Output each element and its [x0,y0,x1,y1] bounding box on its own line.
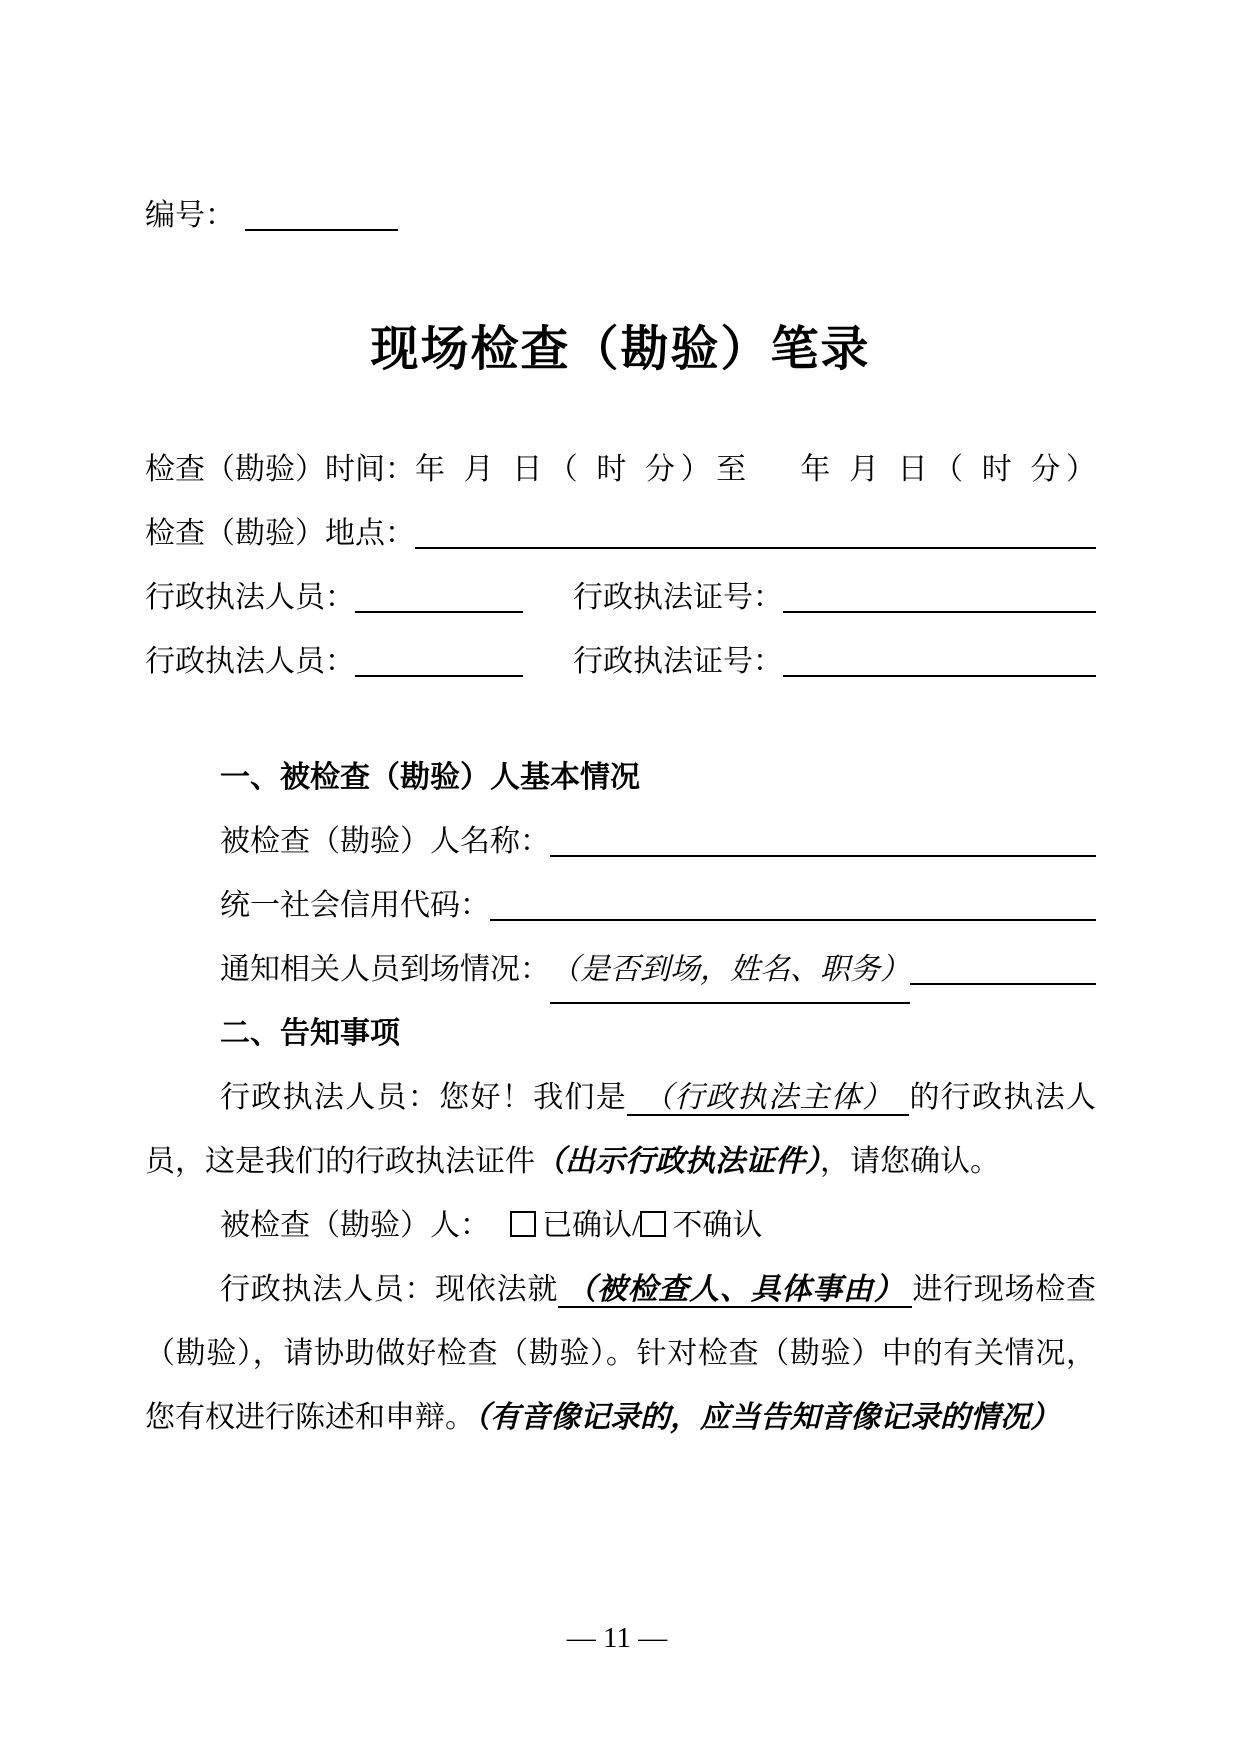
notify-presence-label: 通知相关人员到场情况： [220,938,550,1002]
section-2-heading: 二、告知事项 [220,1002,1096,1066]
option-separator: / [632,1209,640,1242]
option-confirmed-label: 已确认 [542,1209,632,1242]
enforcement-subject-blank: （行政执法主体） [627,1081,909,1116]
page-number: — 11 — [0,1610,1234,1666]
officer-label-2: 行政执法人员： [145,630,355,694]
cert-number-blank-1 [783,609,1096,613]
inspection-time-row: 检查（勘验）时间： 年 月 日（ 时 分）至 年 月 日（ 时 分） [145,438,1096,502]
para2-prefix: 行政执法人员：现依法就 [220,1273,558,1306]
inspected-name-blank [550,853,1096,857]
credit-code-blank [490,917,1096,921]
inspected-name-label: 被检查（勘验）人名称： [220,810,550,874]
inspection-time-label: 检查（勘验）时间： [145,438,415,502]
cert-number-label-2: 行政执法证号： [573,630,783,694]
checkbox-not-confirmed-icon [640,1211,666,1237]
audio-video-note: （有音像记录的，应当告知音像记录的情况） [475,1401,1060,1434]
header-fields: 检查（勘验）时间： 年 月 日（ 时 分）至 年 月 日（ 时 分） 检查（勘验… [145,438,1096,694]
inspection-place-row: 检查（勘验）地点： [145,502,1096,566]
checkbox-confirmed-icon [510,1211,536,1237]
serial-number-blank [245,227,398,231]
notify-presence-row: 通知相关人员到场情况： （是否到场，姓名、职务） [220,938,1096,1002]
section-1: 一、被检查（勘验）人基本情况 被检查（勘验）人名称： 统一社会信用代码： 通知相… [145,746,1096,1002]
section-2: 二、告知事项 行政执法人员：您好！我们是（行政执法主体）的行政执法人员，这是我们… [145,1002,1096,1450]
notify-presence-hint: （是否到场，姓名、职务） [550,938,910,1004]
officer-row-2: 行政执法人员： 行政执法证号： [145,630,1096,694]
inspection-target-blank: （被检查人、具体事由） [558,1273,912,1308]
confirmation-label: 被检查（勘验）人： [220,1209,490,1242]
serial-number-label: 编号： [145,185,235,247]
confirmation-row: 被检查（勘验）人：已确认/不确认 [220,1194,1096,1258]
para1-prefix: 行政执法人员：您好！我们是 [220,1081,627,1114]
section-1-heading: 一、被检查（勘验）人基本情况 [220,746,1096,810]
cert-number-label-1: 行政执法证号： [573,566,783,630]
officer-name-blank-1 [355,609,523,613]
notice-paragraph-1: 行政执法人员：您好！我们是（行政执法主体）的行政执法人员，这是我们的行政执法证件… [145,1066,1096,1194]
inspected-name-row: 被检查（勘验）人名称： [220,810,1096,874]
notify-presence-blank [910,981,1096,985]
inspection-place-blank [415,545,1096,549]
inspection-place-label: 检查（勘验）地点： [145,502,415,566]
credit-code-label: 统一社会信用代码： [220,874,490,938]
cert-number-blank-2 [783,673,1096,677]
credit-code-row: 统一社会信用代码： [220,874,1096,938]
serial-number-row: 编号： [145,185,1096,247]
inspection-time-value: 年 月 日（ 时 分）至 年 月 日（ 时 分） [415,438,1096,502]
document-title: 现场检查（勘验）笔录 [145,315,1096,385]
notice-paragraph-2: 行政执法人员：现依法就（被检查人、具体事由）进行现场检查（勘验），请协助做好检查… [145,1258,1096,1450]
para1-suffix: ，请您确认。 [820,1145,1000,1178]
page-content: 编号： 现场检查（勘验）笔录 检查（勘验）时间： 年 月 日（ 时 分）至 年 … [0,0,1234,1450]
show-certificate-note: （出示行政执法证件） [535,1145,820,1178]
officer-name-blank-2 [355,673,523,677]
officer-row-1: 行政执法人员： 行政执法证号： [145,566,1096,630]
option-not-confirmed-label: 不确认 [672,1209,762,1242]
document-page: 编号： 现场检查（勘验）笔录 检查（勘验）时间： 年 月 日（ 时 分）至 年 … [0,0,1234,1745]
officer-label-1: 行政执法人员： [145,566,355,630]
